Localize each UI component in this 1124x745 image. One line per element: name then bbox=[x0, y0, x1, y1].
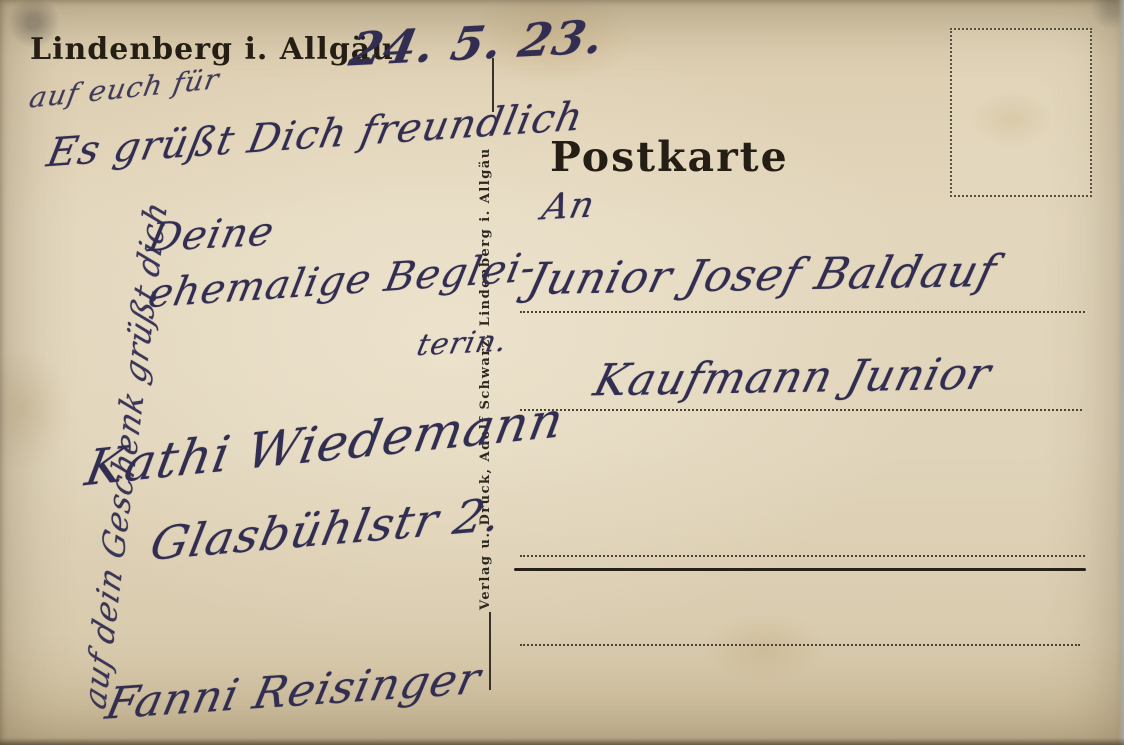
address-line-2: Kaufmann Junior bbox=[589, 349, 997, 407]
card-right-edge bbox=[1118, 0, 1124, 745]
greeting-line-3-continuation: terin. bbox=[414, 324, 511, 364]
location-header: Lindenberg i. Allgäu bbox=[30, 32, 394, 67]
address-rule-4 bbox=[520, 644, 1080, 646]
postcard-title: Postkarte bbox=[550, 133, 789, 181]
divider-line-bottom bbox=[489, 612, 491, 690]
sender-name: Kathi Wiedemann bbox=[81, 391, 569, 497]
address-line-1: Junior Josef Baldauf bbox=[523, 246, 1002, 305]
card-bottom-edge bbox=[0, 738, 1124, 745]
sender-street: Glasbühlstr 2. bbox=[146, 487, 506, 571]
greeting-line-1: Es grüßt Dich freundlich bbox=[43, 94, 587, 177]
address-rule-1 bbox=[520, 311, 1085, 313]
address-rule-solid bbox=[514, 568, 1086, 571]
postcard-back: Lindenberg i. Allgäu Postkarte 24. 5. 23… bbox=[0, 0, 1124, 745]
bottom-signature: Fanni Reisinger bbox=[101, 653, 485, 729]
address-salutation: An bbox=[538, 185, 599, 229]
address-rule-2 bbox=[520, 409, 1082, 411]
stamp-box bbox=[950, 28, 1092, 197]
handwritten-date: 24. 5. 23. bbox=[345, 9, 609, 76]
top-scrawl: auf euch für bbox=[27, 62, 222, 114]
address-rule-3 bbox=[520, 555, 1085, 557]
